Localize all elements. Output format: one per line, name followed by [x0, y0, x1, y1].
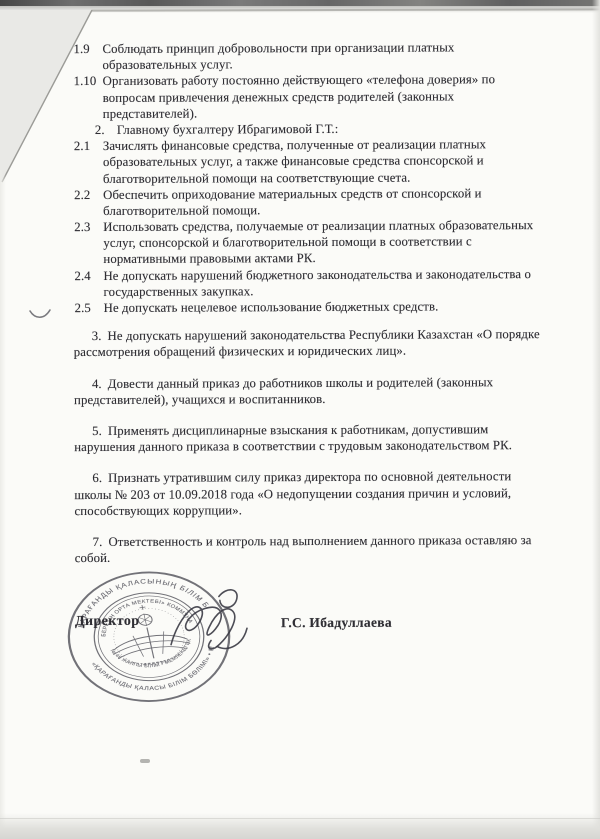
item-text: Не допускать нарушений бюджетного законо…: [103, 266, 565, 300]
paragraph-number: 3.: [92, 329, 102, 343]
item-text: Не допускать нецелевое использование бюд…: [104, 298, 566, 316]
paragraph-number: 6.: [92, 471, 102, 485]
scan-bottom-line: [0, 818, 600, 819]
item-number: 2.4: [74, 268, 90, 284]
item-text: Обеспечить оприходование материальных ср…: [103, 185, 565, 219]
list-item-2-4: 2.4Не допускать нарушений бюджетного зак…: [73, 266, 565, 301]
paragraph-4: 4.Довести данный приказ до работников шк…: [74, 373, 566, 408]
list-item-2-5: 2.5Не допускать нецелевое использование …: [74, 298, 566, 316]
item-number: 2.1: [74, 138, 90, 154]
item-text: Соблюдать принцип добровольности при орг…: [102, 39, 564, 73]
item-text: Главному бухгалтеру Ибрагимовой Г.Т.:: [117, 120, 565, 138]
item-text: Использовать средства, получаемые от реа…: [103, 217, 565, 268]
list-item-1-9: 1.9Соблюдать принцип добровольности при …: [72, 39, 564, 74]
signature-name: Г.С. Ибадуллаева: [281, 615, 392, 632]
item-number: 2.5: [75, 300, 91, 316]
list-item-2-1: 2.1Зачислять финансовые средства, получе…: [73, 136, 565, 187]
signature-role-label: Директор: [75, 614, 140, 630]
paragraph-3: 3.Не допускать нарушений законодательств…: [74, 326, 566, 361]
item-number: 1.10: [74, 73, 97, 89]
paragraph-number: 7.: [93, 535, 103, 549]
scan-right-edge: [592, 0, 600, 839]
item-number: 2.: [95, 122, 105, 138]
paragraph-5: 5.Применять дисциплинарные взыскания к р…: [74, 421, 566, 456]
paragraph-number: 5.: [92, 424, 102, 438]
scan-bottom-edge: [0, 813, 600, 839]
director-signature: [163, 583, 259, 665]
order-list: 1.9Соблюдать принцип добровольности при …: [72, 39, 565, 316]
order-paragraphs: 3.Не допускать нарушений законодательств…: [74, 326, 567, 566]
item-number: 1.9: [73, 41, 89, 57]
list-item-2-3: 2.3Использовать средства, получаемые от …: [73, 217, 565, 268]
list-item-1-10: 1.10Организовать работу постоянно действ…: [73, 71, 565, 122]
document-body: 1.9Соблюдать принцип добровольности при …: [72, 39, 567, 764]
item-number: 2.2: [74, 187, 90, 203]
paragraph-6: 6.Признать утратившим силу приказ директ…: [74, 468, 566, 519]
paragraph-number: 4.: [92, 377, 102, 391]
item-text: Зачислять финансовые средства, полученны…: [103, 136, 565, 187]
item-number: 2.3: [74, 219, 90, 235]
scanned-order-page: 1.9Соблюдать принцип добровольности при …: [0, 0, 600, 839]
scan-left-edge: [0, 170, 6, 839]
paragraph-7: 7.Ответственность и контроль над выполне…: [75, 532, 567, 567]
signature-block: ҚАРАҒАНДЫ ҚАЛАСЫНЫҢ БІЛІМ БӨЛІМІ «ҚАРАҒА…: [75, 612, 568, 764]
list-item-2-2: 2.2Обеспечить оприходование материальных…: [73, 185, 565, 220]
item-text: Организовать работу постоянно действующе…: [103, 71, 565, 122]
handwritten-check-mark: [28, 306, 54, 324]
